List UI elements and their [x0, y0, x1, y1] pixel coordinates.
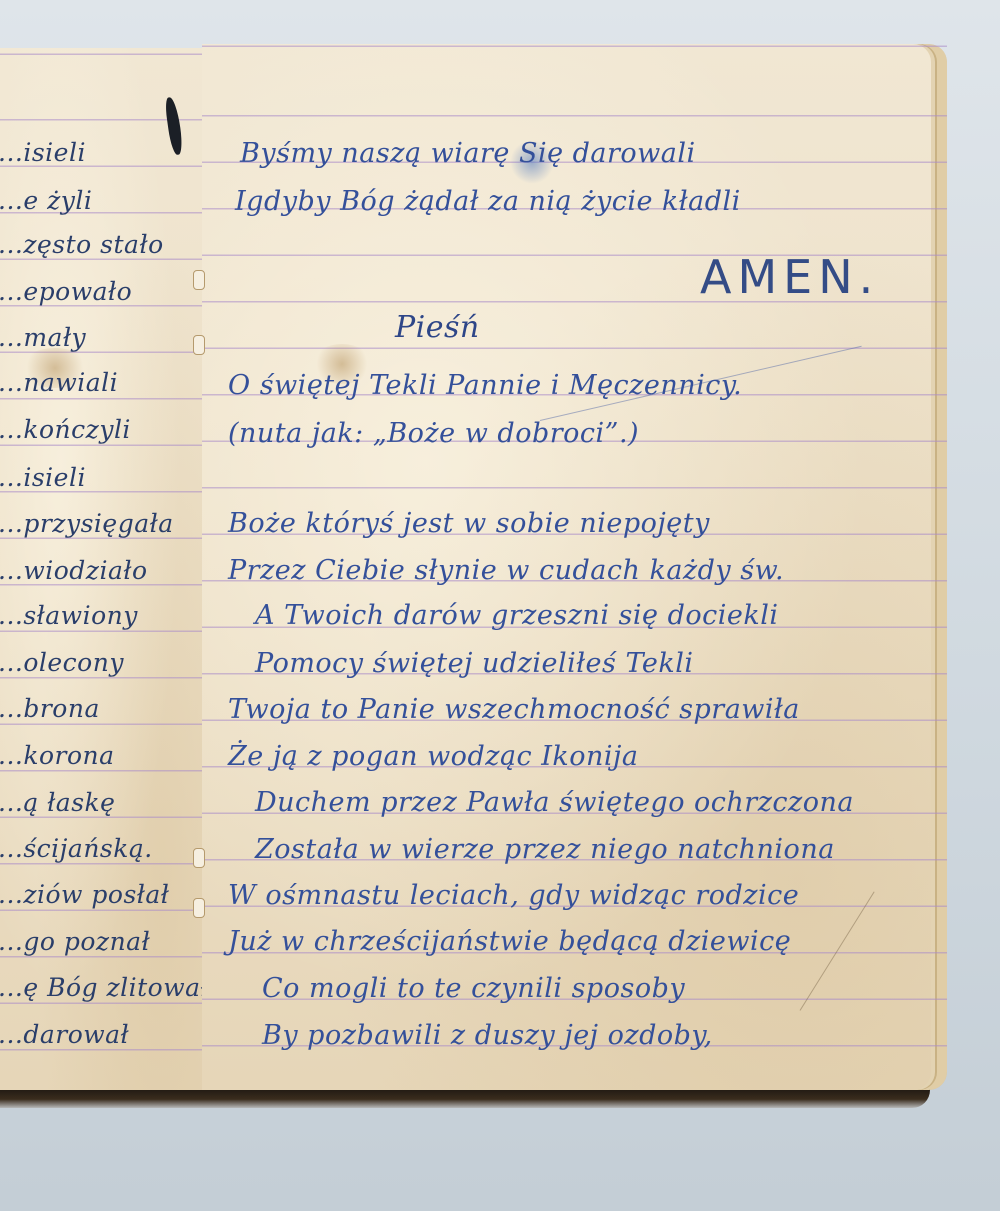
left-line: ...nawiali [0, 368, 118, 397]
left-line: ...isieli [0, 463, 86, 492]
left-line: ...olecony [0, 648, 124, 677]
verse-line: By pozbawili z duszy jej ozdoby, [262, 1020, 713, 1051]
verse-line: Że ją z pogan wodząc Ikonija [228, 741, 639, 772]
left-line: ...ścijańską. [0, 834, 153, 863]
left-line: ...darował [0, 1020, 129, 1049]
verse-line: Twoja to Panie wszechmocność sprawiła [228, 694, 800, 725]
verse-line: Co mogli to te czynili sposoby [262, 973, 685, 1004]
song-heading: Pieśń [395, 310, 480, 345]
left-line: ...brona [0, 694, 100, 723]
tune-note: (nuta jak: „Boże w dobroci”.) [228, 418, 639, 449]
verse-line: Już w chrześcijaństwie będącą dziewicę [228, 926, 791, 957]
verse-line: Duchem przez Pawła świętego ochrzczona [255, 787, 854, 818]
left-line: ...ziów posłał [0, 880, 169, 909]
left-line: ...mały [0, 323, 86, 352]
verse-line: Boże któryś jest w sobie niepojęty [228, 508, 710, 539]
left-line: ...korona [0, 741, 115, 770]
left-line: ...kończyli [0, 415, 131, 444]
left-line: ...e żyli [0, 186, 92, 215]
left-line: ...go poznał [0, 927, 150, 956]
verse-line: Byśmy naszą wiarę Się darowali [240, 138, 696, 169]
verse-line: Została w wierze przez niego natchniona [255, 834, 835, 865]
left-line: ...przysięgała [0, 509, 174, 538]
left-line: ...sławiony [0, 601, 138, 630]
left-line: ...ę Bóg zlitował. [0, 973, 218, 1002]
left-line: ...wiodziało [0, 556, 148, 585]
left-line: ...ą łaskę [0, 788, 115, 817]
left-page: ...isieli ...e żyli ...zęsto stało ...ep… [0, 48, 203, 1090]
amen-closing: AMEN. [700, 250, 879, 304]
left-line: ...epowało [0, 277, 132, 306]
verse-line: Pomocy świętej udzieliłeś Tekli [255, 648, 693, 679]
song-subtitle: O świętej Tekli Pannie i Męczennicy. [228, 370, 742, 401]
verse-line: Przez Ciebie słynie w cudach każdy św. [228, 555, 784, 586]
left-line: ...isieli [0, 138, 86, 167]
verse-line: A Twoich darów grzeszni się dociekli [255, 600, 779, 631]
verse-line: Igdyby Bóg żądał za nią życie kładli [235, 186, 741, 217]
verse-line: W ośmnastu leciach, gdy widząc rodzice [228, 880, 799, 911]
left-line: ...zęsto stało [0, 230, 164, 259]
